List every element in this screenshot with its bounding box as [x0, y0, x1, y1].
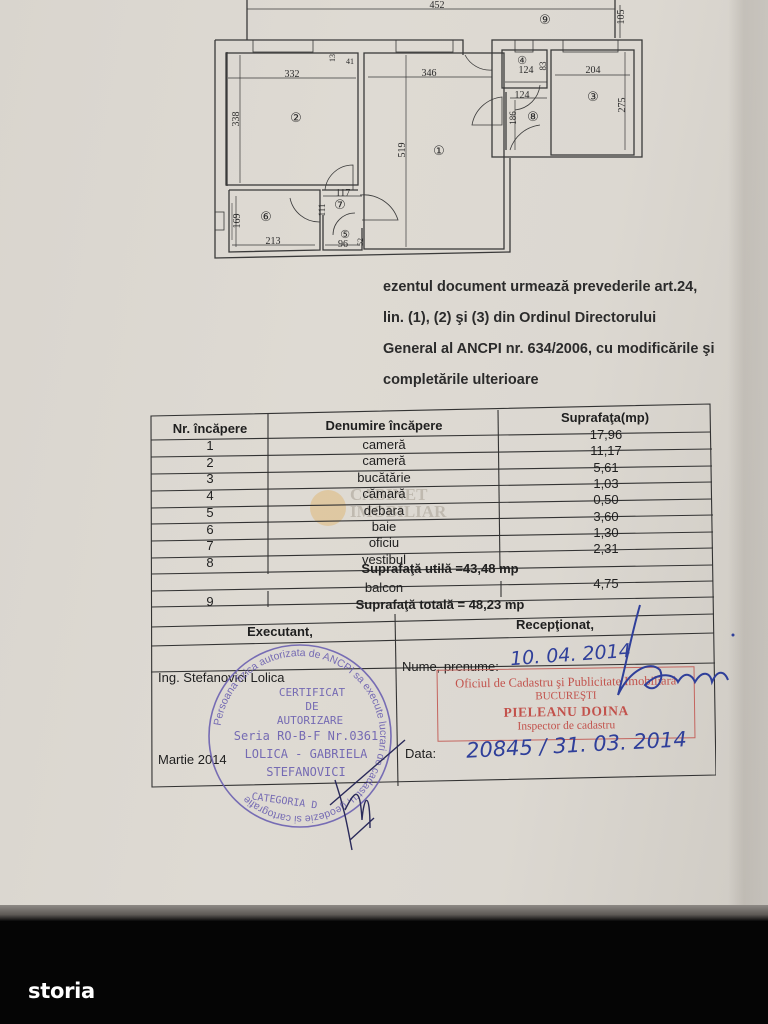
- svg-text:83: 83: [538, 61, 548, 71]
- executant-signature: [290, 700, 450, 860]
- svg-text:⑧: ⑧: [527, 110, 539, 125]
- table-cell-area: 0,50: [502, 492, 710, 507]
- header-area: Suprafaţa(mp): [500, 410, 710, 425]
- floor-plan-drawing: 452 332 346 124 124 204 117 213 96 41 33…: [210, 0, 660, 270]
- table-cell-room-number: 4: [160, 488, 260, 503]
- floor-plan: 452 332 346 124 124 204 117 213 96 41 33…: [210, 0, 660, 270]
- table-cell-room-name: bucătărie: [270, 470, 498, 485]
- header-room-number: Nr. încăpere: [160, 421, 260, 436]
- page-edge-shadow: [728, 0, 768, 918]
- balcony-area: 4,75: [502, 576, 710, 591]
- table-cell-room-name: cameră: [270, 453, 498, 468]
- svg-text:CERTIFICAT: CERTIFICAT: [279, 686, 346, 699]
- svg-text:52: 52: [356, 238, 365, 246]
- svg-text:346: 346: [422, 68, 437, 79]
- table-cell-room-number: 3: [160, 471, 260, 486]
- inspector-signature: [600, 600, 750, 710]
- table-cell-room-number: 1: [160, 438, 260, 453]
- svg-text:⑦: ⑦: [334, 198, 346, 213]
- balcony-number: 9: [160, 594, 260, 609]
- svg-text:⑥: ⑥: [260, 210, 272, 225]
- svg-text:④: ④: [517, 54, 527, 67]
- table-cell-area: 17,96: [502, 427, 710, 442]
- statement-line: lin. (1), (2) şi (3) din Ordinul Directo…: [383, 303, 713, 334]
- svg-text:①: ①: [433, 144, 445, 159]
- legal-statement: ezentul document urmează prevederile art…: [383, 272, 713, 396]
- statement-line: General al ANCPI nr. 634/2006, cu modifi…: [383, 334, 713, 365]
- table-cell-room-name: cămară: [270, 486, 498, 501]
- svg-text:124: 124: [515, 90, 530, 101]
- header-room-name: Denumire încăpere: [270, 418, 498, 433]
- svg-text:519: 519: [397, 143, 408, 158]
- executant-header: Executant,: [190, 624, 370, 639]
- svg-text:186: 186: [508, 111, 518, 125]
- page-bottom-shadow: [0, 905, 768, 921]
- statement-line: ezentul document urmează prevederile art…: [383, 272, 713, 303]
- svg-text:275: 275: [617, 98, 628, 113]
- usable-area-total: Suprafaţă utilă =43,48 mp: [270, 561, 610, 576]
- table-cell-room-number: 8: [160, 555, 260, 570]
- storia-logo: storia: [28, 979, 95, 1003]
- svg-text:204: 204: [586, 65, 601, 76]
- svg-text:111: 111: [317, 204, 327, 217]
- svg-text:13: 13: [328, 54, 337, 62]
- svg-text:41: 41: [346, 57, 354, 66]
- table-cell-area: 11,17: [502, 443, 710, 458]
- balcony-name: balcon: [270, 580, 498, 595]
- svg-text:②: ②: [290, 111, 302, 126]
- svg-text:338: 338: [231, 112, 242, 127]
- table-cell-room-number: 2: [160, 455, 260, 470]
- table-cell-area: 3,60: [502, 509, 710, 524]
- svg-text:⑨: ⑨: [539, 13, 551, 28]
- svg-text:452: 452: [430, 0, 445, 11]
- table-cell-area: 1,30: [502, 525, 710, 540]
- svg-text:⑤: ⑤: [340, 228, 350, 241]
- statement-line: completările ulterioare: [383, 365, 713, 396]
- table-cell-room-number: 6: [160, 522, 260, 537]
- table-cell-area: 5,61: [502, 460, 710, 475]
- svg-text:105: 105: [616, 10, 627, 25]
- svg-text:213: 213: [266, 236, 281, 247]
- table-cell-room-number: 5: [160, 505, 260, 520]
- total-area: Suprafaţă totală = 48,23 mp: [270, 597, 610, 612]
- table-cell-area: 1,03: [502, 476, 710, 491]
- table-cell-room-name: baie: [270, 519, 498, 534]
- table-cell-room-name: oficiu: [270, 535, 498, 550]
- svg-text:332: 332: [285, 69, 300, 80]
- table-cell-room-number: 7: [160, 538, 260, 553]
- table-cell-room-name: cameră: [270, 437, 498, 452]
- svg-text:③: ③: [587, 90, 599, 105]
- table-cell-area: 2,31: [502, 541, 710, 556]
- table-cell-room-name: debara: [270, 503, 498, 518]
- svg-text:169: 169: [232, 214, 243, 229]
